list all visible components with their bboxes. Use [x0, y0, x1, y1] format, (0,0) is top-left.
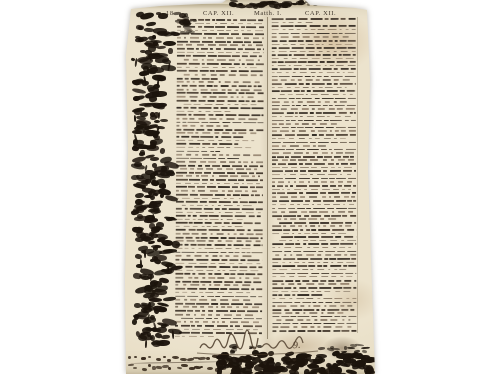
text-line	[175, 262, 262, 264]
text-line	[175, 310, 262, 312]
word-mark	[237, 329, 243, 331]
text-line	[272, 57, 356, 59]
word-mark	[344, 32, 355, 34]
word-mark	[337, 72, 340, 74]
word-mark	[272, 51, 275, 53]
word-mark	[337, 262, 343, 264]
word-mark	[298, 276, 307, 278]
ink-mark	[144, 195, 153, 199]
word-mark	[332, 54, 336, 56]
word-mark	[291, 47, 303, 49]
word-mark	[212, 19, 215, 21]
word-mark	[185, 237, 193, 239]
word-mark	[272, 258, 281, 260]
word-mark	[272, 330, 276, 332]
word-mark	[213, 172, 225, 174]
word-mark	[176, 110, 184, 112]
word-mark	[317, 265, 322, 267]
word-mark	[339, 25, 347, 27]
text-line	[272, 21, 356, 23]
word-mark	[297, 120, 302, 122]
word-mark	[281, 236, 293, 238]
word-mark	[314, 323, 322, 325]
word-mark	[210, 183, 214, 185]
word-mark	[190, 40, 200, 42]
word-mark	[232, 122, 242, 124]
word-mark	[318, 283, 324, 285]
word-mark	[311, 294, 322, 296]
word-mark	[299, 58, 308, 60]
word-mark	[336, 207, 347, 209]
word-mark	[244, 41, 251, 43]
word-mark	[235, 252, 240, 254]
word-mark	[284, 134, 294, 136]
word-mark	[285, 280, 293, 282]
word-mark	[228, 89, 232, 91]
word-mark	[192, 248, 195, 250]
word-mark	[346, 322, 356, 324]
word-mark	[311, 291, 314, 293]
word-mark	[212, 154, 216, 156]
word-mark	[272, 108, 279, 110]
text-line	[176, 107, 263, 109]
word-mark	[347, 239, 356, 241]
word-mark	[177, 70, 187, 72]
text-line	[272, 97, 356, 99]
word-mark	[206, 168, 214, 170]
word-mark	[318, 145, 326, 147]
word-mark	[250, 133, 256, 135]
word-mark	[278, 163, 286, 165]
word-mark	[324, 47, 335, 49]
word-mark	[334, 156, 341, 158]
word-mark	[202, 154, 209, 156]
word-mark	[340, 283, 349, 285]
word-mark	[348, 177, 356, 179]
word-mark	[243, 161, 247, 163]
word-mark	[194, 197, 200, 199]
word-mark	[236, 241, 242, 243]
text-line	[177, 103, 264, 105]
text-line	[175, 273, 262, 275]
word-mark	[349, 141, 356, 143]
word-mark	[335, 43, 342, 45]
word-mark	[258, 296, 262, 298]
text-line	[176, 164, 263, 166]
word-mark	[176, 139, 185, 141]
text-line	[272, 207, 356, 209]
text-line	[272, 119, 356, 121]
word-mark	[197, 186, 204, 188]
word-mark	[188, 114, 192, 116]
word-mark	[336, 126, 346, 128]
word-mark	[218, 158, 225, 160]
word-mark	[177, 92, 186, 94]
word-mark	[190, 77, 199, 79]
word-mark	[229, 263, 234, 265]
word-mark	[336, 58, 343, 60]
word-mark	[220, 161, 226, 163]
word-mark	[212, 143, 217, 145]
word-mark	[214, 222, 222, 224]
word-mark	[342, 301, 351, 303]
word-mark	[330, 65, 334, 67]
word-mark	[338, 211, 345, 213]
word-mark	[231, 303, 243, 305]
word-mark	[316, 116, 324, 118]
word-mark	[209, 215, 219, 217]
word-mark	[189, 179, 200, 181]
word-mark	[242, 63, 246, 65]
word-mark	[333, 188, 339, 190]
word-mark	[315, 126, 324, 128]
word-mark	[343, 170, 353, 172]
word-mark	[329, 148, 332, 150]
text-line	[272, 25, 356, 27]
word-mark	[249, 118, 257, 120]
word-mark	[354, 222, 356, 224]
word-mark	[255, 30, 263, 32]
word-mark	[303, 312, 306, 314]
word-mark	[201, 136, 214, 138]
word-mark	[328, 29, 337, 31]
word-mark	[244, 48, 254, 50]
word-mark	[263, 52, 264, 54]
word-mark	[297, 29, 301, 31]
word-mark	[227, 158, 239, 160]
word-mark	[218, 204, 221, 206]
word-mark	[256, 63, 264, 65]
word-mark	[338, 159, 345, 161]
word-mark	[238, 23, 243, 25]
word-mark	[343, 265, 347, 267]
word-mark	[272, 204, 276, 206]
word-mark	[247, 252, 251, 254]
ink-mark	[143, 250, 145, 258]
word-mark	[245, 147, 251, 149]
word-mark	[244, 281, 251, 283]
word-mark	[317, 76, 322, 78]
word-mark	[305, 200, 310, 202]
ink-mark	[347, 346, 355, 348]
left-text-column	[175, 19, 264, 340]
word-mark	[312, 87, 315, 89]
word-mark	[286, 112, 293, 114]
word-mark	[233, 132, 236, 134]
word-mark	[226, 194, 230, 196]
word-mark	[220, 143, 233, 145]
word-mark	[210, 219, 219, 221]
word-mark	[281, 326, 290, 328]
word-mark	[323, 119, 328, 121]
word-mark	[196, 259, 209, 261]
text-line	[176, 175, 263, 177]
word-mark	[306, 229, 310, 231]
word-mark	[240, 201, 248, 203]
word-mark	[229, 59, 235, 61]
word-mark	[334, 316, 340, 318]
word-mark	[189, 204, 194, 206]
text-line	[272, 232, 356, 234]
word-mark	[317, 156, 323, 158]
word-mark	[291, 58, 296, 60]
word-mark	[299, 44, 305, 46]
word-mark	[187, 121, 199, 123]
word-mark	[220, 23, 227, 25]
word-mark	[307, 148, 320, 150]
word-mark	[341, 130, 345, 132]
word-mark	[197, 229, 207, 231]
word-mark	[282, 167, 288, 169]
word-mark	[214, 284, 221, 286]
text-line	[177, 74, 264, 76]
word-mark	[272, 225, 281, 227]
word-mark	[300, 68, 308, 70]
word-mark	[278, 208, 286, 210]
word-mark	[330, 258, 336, 260]
word-mark	[258, 212, 261, 214]
word-mark	[297, 283, 301, 285]
text-line	[272, 200, 356, 202]
word-mark	[318, 250, 323, 252]
word-mark	[200, 125, 203, 127]
word-mark	[211, 303, 218, 305]
text-line	[175, 321, 262, 323]
word-mark	[215, 273, 222, 275]
word-mark	[345, 152, 354, 154]
word-mark	[278, 247, 280, 249]
word-mark	[257, 93, 263, 95]
ink-mark	[206, 357, 210, 360]
word-mark	[246, 263, 252, 265]
word-mark	[190, 118, 194, 120]
word-mark	[182, 259, 194, 261]
word-mark	[208, 147, 214, 149]
word-mark	[350, 254, 357, 256]
word-mark	[198, 118, 205, 120]
word-mark	[308, 51, 314, 53]
word-mark	[256, 45, 263, 47]
word-mark	[338, 258, 350, 260]
word-mark	[272, 185, 275, 187]
word-mark	[187, 48, 194, 50]
word-mark	[215, 103, 223, 105]
word-mark	[311, 188, 319, 190]
word-mark	[246, 292, 250, 294]
word-mark	[348, 265, 356, 267]
word-mark	[176, 229, 186, 231]
word-mark	[238, 179, 244, 181]
word-mark	[292, 76, 303, 78]
text-line	[177, 77, 264, 79]
word-mark	[175, 280, 180, 282]
word-mark	[181, 85, 187, 87]
word-mark	[348, 188, 351, 190]
word-mark	[204, 208, 213, 210]
word-mark	[290, 108, 298, 110]
word-mark	[242, 55, 248, 57]
word-mark	[200, 281, 211, 283]
word-mark	[187, 51, 194, 53]
word-mark	[297, 319, 303, 321]
word-mark	[294, 152, 303, 154]
word-mark	[243, 205, 252, 207]
ink-mark	[257, 345, 262, 349]
word-mark	[233, 41, 243, 43]
text-line	[272, 72, 356, 74]
word-mark	[176, 237, 184, 239]
word-mark	[277, 98, 286, 100]
word-mark	[216, 100, 225, 102]
word-mark	[195, 154, 198, 156]
word-mark	[246, 179, 258, 181]
word-mark	[310, 225, 315, 227]
word-mark	[191, 244, 196, 246]
word-mark	[284, 247, 291, 249]
word-mark	[256, 183, 260, 185]
ink-mark	[131, 163, 146, 170]
ink-mark	[150, 258, 155, 261]
word-mark	[310, 141, 316, 143]
word-mark	[177, 55, 185, 57]
word-mark	[242, 96, 244, 98]
word-mark	[227, 92, 236, 94]
word-mark	[277, 192, 285, 194]
word-mark	[219, 44, 227, 46]
word-mark	[305, 127, 313, 129]
ink-mark	[128, 356, 132, 359]
word-mark	[247, 229, 251, 231]
word-mark	[296, 149, 305, 151]
word-mark	[321, 43, 324, 45]
word-mark	[254, 325, 262, 327]
word-mark	[353, 287, 357, 289]
text-line	[175, 259, 262, 261]
ink-mark	[171, 355, 179, 359]
word-mark	[239, 70, 249, 72]
word-mark	[272, 174, 280, 176]
word-mark	[303, 204, 309, 206]
word-mark	[208, 229, 220, 231]
word-mark	[256, 241, 261, 243]
word-mark	[197, 139, 204, 141]
word-mark	[280, 196, 288, 198]
text-line	[176, 201, 263, 203]
word-mark	[333, 94, 339, 96]
word-mark	[272, 309, 281, 311]
word-mark	[323, 40, 327, 42]
word-mark	[272, 265, 281, 267]
word-mark	[218, 52, 224, 54]
word-mark	[182, 197, 190, 199]
word-mark	[272, 149, 285, 151]
word-mark	[320, 123, 327, 125]
word-mark	[209, 284, 211, 286]
word-mark	[222, 226, 225, 228]
word-mark	[316, 43, 320, 45]
word-mark	[247, 30, 251, 32]
word-mark	[343, 156, 349, 158]
word-mark	[292, 323, 299, 325]
word-mark	[186, 314, 190, 316]
word-mark	[210, 74, 216, 76]
ink-mark	[332, 3, 335, 6]
word-mark	[312, 301, 316, 303]
word-mark	[222, 67, 225, 69]
word-mark	[285, 287, 292, 289]
word-mark	[345, 119, 349, 121]
word-mark	[331, 222, 344, 224]
word-mark	[347, 276, 352, 278]
word-mark	[227, 37, 233, 39]
word-mark	[272, 83, 282, 85]
text-line	[272, 156, 356, 158]
word-mark	[350, 215, 356, 217]
word-mark	[310, 159, 318, 161]
word-mark	[176, 121, 180, 123]
text-line	[176, 132, 263, 134]
word-mark	[302, 269, 307, 271]
word-mark	[257, 215, 261, 217]
word-mark	[222, 165, 229, 167]
word-mark	[287, 163, 297, 165]
word-mark	[186, 55, 191, 57]
word-mark	[233, 19, 238, 21]
word-mark	[186, 201, 198, 203]
word-mark	[224, 273, 229, 275]
word-mark	[291, 269, 300, 271]
text-line	[272, 262, 356, 264]
word-mark	[298, 258, 309, 260]
book-page: 18 CAP. XII. Matth. I. CAP. XII. 9.	[0, 0, 500, 374]
word-mark	[194, 222, 203, 224]
word-mark	[283, 152, 291, 154]
word-mark	[297, 215, 301, 217]
text-line	[272, 185, 356, 187]
word-mark	[201, 175, 208, 177]
word-mark	[189, 335, 198, 337]
word-mark	[238, 118, 245, 120]
text-line	[176, 139, 263, 141]
word-mark	[207, 81, 214, 83]
word-mark	[272, 58, 279, 60]
text-line	[176, 244, 263, 246]
word-mark	[186, 175, 191, 177]
text-line	[272, 83, 356, 85]
word-mark	[307, 298, 313, 300]
word-mark	[184, 128, 195, 130]
word-mark	[309, 218, 317, 220]
word-mark	[290, 254, 293, 256]
text-line	[272, 86, 356, 88]
word-mark	[323, 68, 332, 70]
text-line	[272, 65, 356, 67]
text-line	[272, 174, 356, 176]
word-mark	[342, 215, 347, 217]
word-mark	[234, 30, 238, 32]
word-mark	[206, 318, 212, 320]
word-mark	[328, 43, 332, 45]
word-mark	[286, 149, 294, 151]
word-mark	[277, 156, 284, 158]
word-mark	[316, 54, 321, 56]
word-mark	[321, 309, 325, 311]
word-mark	[220, 74, 225, 76]
word-mark	[291, 167, 297, 169]
word-mark	[214, 244, 225, 246]
word-mark	[196, 270, 204, 272]
word-mark	[176, 215, 186, 217]
